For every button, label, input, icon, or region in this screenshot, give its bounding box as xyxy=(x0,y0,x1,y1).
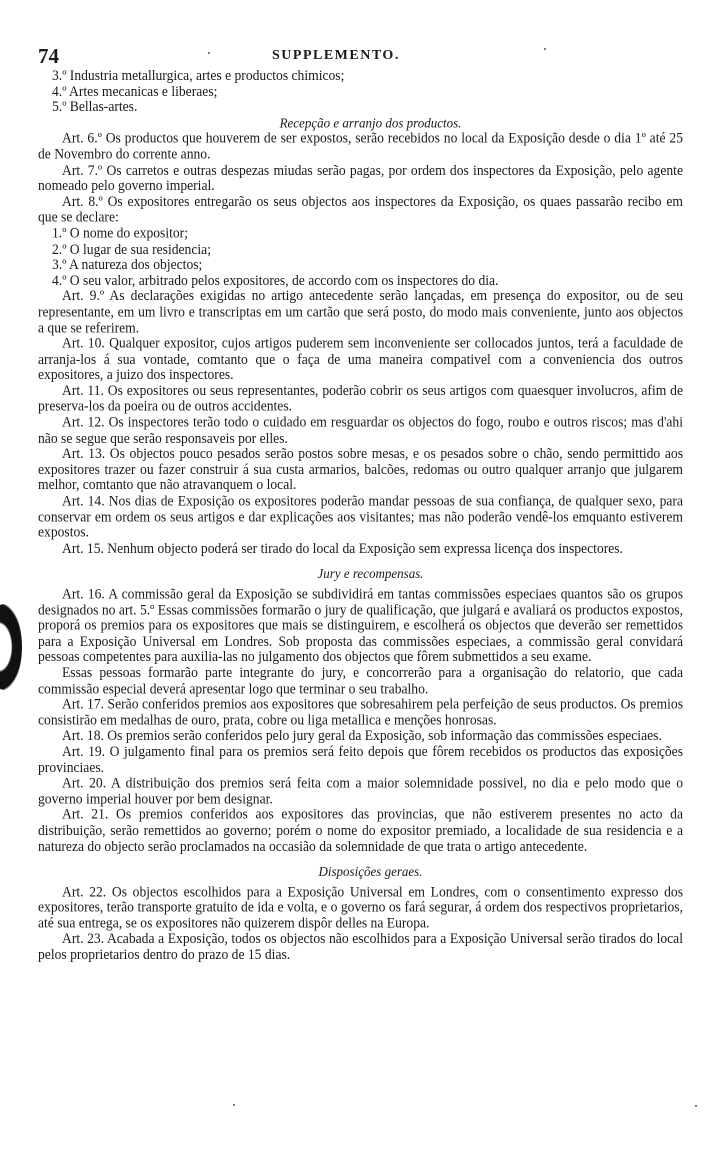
article-23: Art. 23. Acabada a Exposição, todos os o… xyxy=(38,931,683,963)
article-16-continuation: Essas pessoas formarão parte integrante … xyxy=(38,665,683,697)
section-title-jury: Jury e recompensas. xyxy=(38,566,683,582)
article-21: Art. 21. Os premios conferidos aos expos… xyxy=(38,807,683,854)
running-head: SUPPLEMENTO. xyxy=(272,48,400,64)
article-7: Art. 7.º Os carretos e outras despezas m… xyxy=(38,163,683,195)
print-speck xyxy=(695,1105,697,1107)
article-6: Art. 6.º Os productos que houverem de se… xyxy=(38,131,683,163)
document-page: 74 SUPPLEMENTO. 3.º Industria metallurgi… xyxy=(38,44,683,897)
section-title-recepcao: Recepção e arranjo dos productos. xyxy=(38,115,683,131)
article-22: Art. 22. Os objectos escolhidos para a E… xyxy=(38,884,683,931)
declaration-item: 4.º O seu valor, arbitrado pelos exposit… xyxy=(38,273,683,289)
declaration-item: 3.º A natureza dos objectos; xyxy=(38,257,683,273)
article-10: Art. 10. Qualquer expositor, cujos artig… xyxy=(38,336,683,383)
article-15: Art. 15. Nenhum objecto poderá ser tirad… xyxy=(38,541,683,557)
binding-margin-artifact xyxy=(0,596,30,696)
intro-list-item: 3.º Industria metallurgica, artes e prod… xyxy=(38,68,683,84)
article-16: Art. 16. A commissão geral da Exposição … xyxy=(38,586,683,665)
article-20: Art. 20. A distribuição dos premios será… xyxy=(38,776,683,808)
page-body: 3.º Industria metallurgica, artes e prod… xyxy=(38,68,683,963)
page-header: 74 SUPPLEMENTO. xyxy=(38,44,683,68)
page-number: 74 xyxy=(38,44,59,69)
article-18: Art. 18. Os premios serão conferidos pel… xyxy=(38,728,683,744)
article-13: Art. 13. Os objectos pouco pesados serão… xyxy=(38,446,683,493)
article-17: Art. 17. Serão conferidos premios aos ex… xyxy=(38,697,683,729)
binding-stain xyxy=(0,604,22,690)
article-12: Art. 12. Os inspectores terão todo o cui… xyxy=(38,415,683,447)
intro-list-item: 5.º Bellas-artes. xyxy=(38,100,683,116)
declaration-item: 1.º O nome do expositor; xyxy=(38,226,683,242)
article-19: Art. 19. O julgamento final para os prem… xyxy=(38,744,683,776)
section-title-disposicoes: Disposições geraes. xyxy=(38,864,683,880)
print-speck xyxy=(233,1104,235,1106)
article-14: Art. 14. Nos dias de Exposição os exposi… xyxy=(38,494,683,541)
article-9: Art. 9.º As declarações exigidas no arti… xyxy=(38,289,683,336)
article-8: Art. 8.º Os expositores entregarão os se… xyxy=(38,194,683,226)
article-11: Art. 11. Os expositores ou seus represen… xyxy=(38,383,683,415)
declaration-item: 2.º O lugar de sua residencia; xyxy=(38,241,683,257)
intro-list-item: 4.º Artes mecanicas e liberaes; xyxy=(38,84,683,100)
